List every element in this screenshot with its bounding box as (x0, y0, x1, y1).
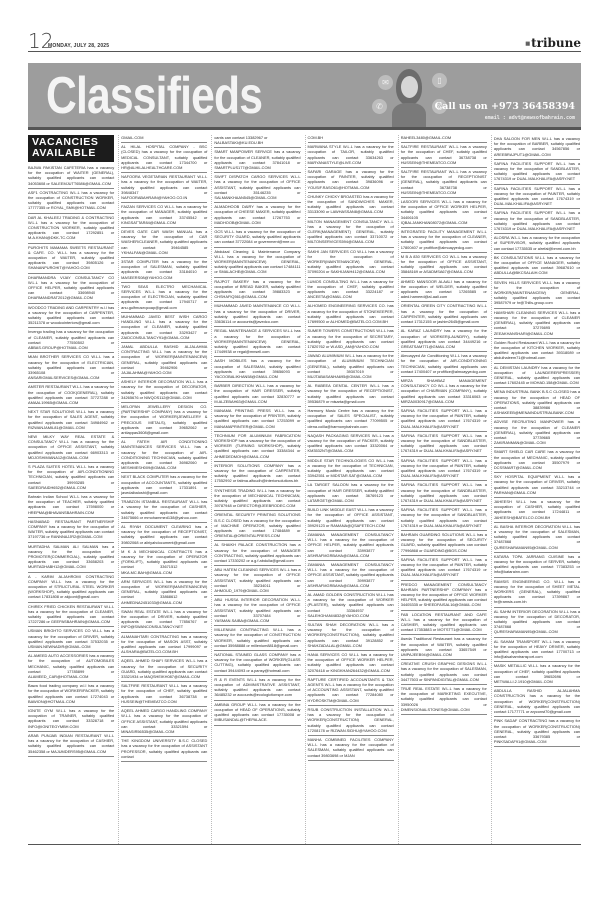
brand-name: tribune (531, 36, 581, 50)
ad-list: DHA SALOON FOR MEN W.L.L has a vacancy f… (494, 135, 580, 747)
classified-ad: SYNTHESIS TRADING W.L.L has a vacancy fo… (214, 487, 300, 512)
classified-ad: SKY HOSPITAL EQUIPMENT W.L.L has a vacan… (494, 473, 580, 498)
classified-ad: MILLENIUM CONTRACTING W.L.L has a vacanc… (214, 626, 300, 651)
ad-list: SALTFIRE RESTAURANT W.L.L has a vacancy … (401, 143, 487, 715)
classified-ad: AL SAHAM TRANSPORT W.L.L has a vacancy f… (494, 638, 580, 663)
classified-ad: NEXT STAR SOLUTIONS W.L.L has a vacancy … (28, 408, 114, 433)
classified-ad: AL HILAL HOSPITAL COMPANY - BSC (CLOSED)… (121, 143, 207, 173)
newspaper-logo: ▦tribune (525, 36, 581, 50)
classified-ad: Aseda Traditional Restaurant has a vacan… (401, 635, 487, 660)
classified-ad: AL RIYAH DOCUMENT CLEARING has a vacancy… (121, 523, 207, 548)
classified-ad: DHARMANDRA VIJAY CONSULTANCY CO W.L.L ha… (28, 274, 114, 304)
classified-ad: AL AMAD GOLDEN CONSTRUCTION W.L.L has a … (308, 591, 394, 621)
classified-ad: MARWANA STYLE W.L.L has a vacancy for th… (308, 143, 394, 168)
classified-ad: ASHELY INTERIOR DECORATION W.L.L has a v… (121, 378, 207, 403)
classified-ad: WOODCO TRADING AND CARPENTRY w.l.l has a… (28, 304, 114, 329)
classified-ad: ALMADHOOB DAIRY has a vacancy for the oc… (214, 203, 300, 228)
classified-ad: FAB LOCATION RESTAURANT AND CAFE W.L.L h… (401, 611, 487, 636)
woman-face (401, 76, 418, 98)
classified-ad: AL FATEH AIR CONDITIONING MAINTENANCES S… (121, 438, 207, 473)
continued-text: GMAIL.COM (121, 135, 207, 143)
classified-ad: DHA SALOON FOR MEN W.L.L has a vacancy f… (494, 135, 580, 160)
classified-ad: Harmony Music Centre has a vacancy for t… (308, 407, 394, 432)
classified-ad: INTEGRATED FACILITY MANAGEMENT W.L.L has… (401, 228, 487, 253)
classified-ad: Golden Ruchi Restaurant W.L.L has a vaca… (494, 339, 580, 364)
classified-ad: KATARA TOPA JARRANG CUISINE has a vacanc… (494, 553, 580, 578)
classified-ad: ZAMANIA MANAGEMENT CONSULTANCY W.L.L has… (308, 561, 394, 591)
classified-ad: GCS W.L.L has a vacancy for the occupati… (214, 228, 300, 248)
classified-ad: BK CONSULTATIONS W.L.L has a vacancy for… (494, 254, 580, 279)
classified-ad: AL RABEEA DENTAL CENTER W.L.L has a vaca… (308, 382, 394, 407)
classified-ad: SWIFT DISPATCH CARGO SERVICES W.L.L has … (214, 173, 300, 203)
classified-ad: HAMSHARI CLEANING SERVICES W.L.L has a v… (494, 309, 580, 339)
classified-ad: MENA INDUSTRIAL BANK B.S.C CLOSED has a … (494, 388, 580, 418)
classified-ad: ORIENTAL SECURITY PRINTING SOLUTIONS B.S… (214, 511, 300, 541)
ad-list: AL HILAL HOSPITAL COMPANY - BSC (CLOSED)… (121, 143, 207, 762)
classified-ad: HASNABAD RESTAURANT PARTNERSHIP COMPANY … (28, 518, 114, 543)
classified-ad: CHUNKY CHICKY BROASTED has a vacancy for… (308, 193, 394, 218)
publication-date: MONDAY, JULY 28, 2025 (48, 43, 109, 49)
classified-ad: MUHAMMAD JAVED MAINTENANCE CO W.L.L has … (214, 302, 300, 327)
classified-ad: NAFOORA VEGETARIAN RESTAURANT W.L.L has … (121, 173, 207, 203)
classified-ad: ORIENTAL GREEN CITY CONTRACTING W.L.L ha… (401, 302, 487, 327)
ad-list: MARWANA STYLE W.L.L has a vacancy for th… (308, 143, 394, 761)
classified-ad: ABU HATEM CLEANING SERVICES W.L.L has a … (214, 566, 300, 596)
classified-ad: S PLAZA SUITES HOTEL W.L.L has a vacancy… (28, 463, 114, 493)
classified-ad: SAKHI JAN SERVICES CO W.L.L has a vacanc… (308, 248, 394, 278)
classified-ad: USMAN BRIGHTO SERVICES CO W.L.L has a va… (28, 627, 114, 652)
classified-ad: PREDCO MANAGEMENT CONSULTANCY BAHRAIN PA… (401, 581, 487, 611)
classified-ad: Abdulaal Cleaning & Maintenance Company … (214, 248, 300, 278)
classified-ad: SAFINA FACILITIES SUPPORT W.L.L has a va… (401, 556, 487, 581)
classified-ad: 3STAR COMPUTER has a vacancy for the occ… (121, 258, 207, 283)
classified-ad: Invengo trading has a vacancy for the oc… (28, 328, 114, 353)
classified-ad: SMART MANPOWER SERVICE has a vacancy for… (214, 148, 300, 173)
classified-ad: RSUB CONSTRUCTION INSTALLATION W.L.L has… (308, 706, 394, 736)
classified-ad: CREATIVE CRUSH GRAPHIC DESIGNS W.L.L has… (401, 660, 487, 685)
envelope-icon: ✉ (378, 75, 393, 90)
classified-ad: ARM SERVICES W.L.L has a vacancy for the… (121, 578, 207, 608)
classified-ad: ALOSRA W.L.L has a vacancy for the occup… (494, 234, 580, 254)
classified-ad: DAR AL KHALEEJ TRADING & CONTRACTING W.L… (28, 214, 114, 244)
classified-ad: ADVISE RECRUITING MANPOWER has a vacancy… (494, 418, 580, 448)
classified-ad: RAPTURE CERTIFIED ACCOUNTANTS & TAX AGEN… (308, 676, 394, 706)
classified-ad: PUROHITS MAMAMA SWEETS RESTAURANT & CAFE… (28, 244, 114, 274)
classified-ad: JAHEESH W.L.L has a vacancy for the occu… (494, 498, 580, 523)
classified-ad: ASF1 CONTRACTING W.L.L has a vacancy for… (28, 189, 114, 214)
classifieds-columns: VACANCIES AVAILABLE BAJWA PAKISTAN CAFET… (28, 135, 581, 845)
classified-ad: INTERIOR SOLUTIONS COMPANY has a vacancy… (214, 462, 300, 487)
classified-ad: ABDULLA RASHID ALJALAHMA CONSTRUCTION ha… (494, 687, 580, 717)
column-1: VACANCIES AVAILABLE BAJWA PAKISTAN CAFET… (28, 135, 115, 844)
classified-ad: SAFINA FACILITIES SUPPORT W.L.L has a va… (494, 185, 580, 210)
classified-ad: MUHAMMAD JAVED BEST WISH CARGO HANDLING … (121, 313, 207, 343)
classified-ad: ALHOMED ENGINEERING SERVICES CO. has a v… (308, 302, 394, 327)
classified-ad: SAFINA FACILITIES SUPPORT W.L.L has a va… (401, 457, 487, 482)
banner-illustration: ✉ ✆ ▯ ◎ (368, 65, 458, 129)
classified-ad: AHMED MANSOOR ALAALI has a vacancy for t… (401, 278, 487, 303)
classified-ad: AL SHAIKH PALACE CONSTRUCTION has a vaca… (214, 541, 300, 566)
continued-text: COM.BH (308, 135, 394, 143)
classified-ad: SALTFIRE RESTAURANT W.L.L has a vacancy … (401, 143, 487, 168)
vacancies-heading: VACANCIES AVAILABLE (28, 135, 114, 162)
classified-ad: TWO SEAS ELECTRO MECHANICAL SERVICES W.L… (121, 283, 207, 313)
classified-ad: SALTFIRE RESTAURANT W.L.L has a vacancy … (401, 168, 487, 198)
classified-ad: SULTAN SHAH DECORATION W.L.L has a vacan… (308, 621, 394, 651)
classified-ad: BAHRAIN GUARDING SOLUTIONS W.L.L has a v… (401, 531, 487, 556)
classified-ad: RAMSIS ENGINEERING CO. W.L.L has a vacan… (494, 578, 580, 608)
classified-ad: AMBINA GROUP W.L.L has a vacancy for the… (214, 701, 300, 726)
column-3: cants can contact 13382967 or NALBASTAKI… (211, 135, 301, 844)
classified-ad: ALMANAHTARI CONTRACTING has a vacancy fo… (121, 633, 207, 658)
column-2: GMAIL.COM AL HILAL HOSPITAL COMPANY - BS… (118, 135, 208, 844)
classified-ad: PINK SADAF CONTRACTING has a vacancy for… (494, 717, 580, 747)
classified-ad: AL SAHM INTERIOR DECORATION W.L.L has a … (494, 608, 580, 638)
call-number: Call us on +973 36458394 (435, 101, 575, 112)
classified-ad: HANA SERVICES CO W.L.L has a vacancy for… (308, 651, 394, 676)
classified-ad: AL KARAZ LAUNDRY has a vacancy for the o… (401, 327, 487, 352)
classified-ad: MIRZA SHAHBAZ MANAGEMENT CONSULTANCY CO … (401, 377, 487, 407)
classified-ad: FAIZAN SERVICES CO W.L.L has a vacancy f… (121, 203, 207, 228)
logo-mark-icon: ▦ (525, 41, 530, 47)
classified-ad: AQEEL AHMED CARGO HANDLING COMPANY W.L.L… (121, 707, 207, 737)
classified-ad: MANAMA PRINTING PRESS W.L.L has a vacanc… (214, 407, 300, 432)
classified-ad: NEW MILKY WAY REAL ESTATE & CONSULTANCY … (28, 433, 114, 463)
classified-ad: REGAL MAINTENANCE & SERVICES W.L.L has a… (214, 327, 300, 357)
classified-ad: MIDDLE STAR TECHNOLOGIES CO W.L.L has a … (308, 457, 394, 482)
classified-ad: JAWAD ALUMINIUM W.L.L has a vacancy for … (308, 352, 394, 382)
classified-ad: ZAMANIA MANAGEMENT CONSULTANCY W.L.L has… (308, 531, 394, 561)
classified-ad: LASOORI SERVICES W.L.L has a vacancy for… (401, 198, 487, 228)
classified-ad: Bawa food trading company w.l.l has a va… (28, 682, 114, 707)
classified-ad: MIAN BROTHER SERVICES CO W.L.L has a vac… (28, 353, 114, 383)
classified-ad: LA TARGET SALOON has a vacancy for the o… (308, 481, 394, 506)
classified-ad: ABU HUSSA INTERIOR DECORATION W.L.L has … (214, 596, 300, 626)
classified-ad: Almoayyed Air Conditioning W.L.L has a v… (401, 352, 487, 377)
classified-ad: AQEEL AHMED SHAFI SERVICES W.L.L has a v… (121, 657, 207, 682)
section-title: Classifieds (46, 67, 262, 125)
classified-ad: RAJPOT BAKERY has a vacancy for the occu… (214, 278, 300, 303)
masthead: 12 MONDAY, JULY 28, 2025 ▦tribune (28, 34, 581, 52)
classified-ad: AL DEMISTAN LAUNDRY has a vacancy for th… (494, 364, 580, 389)
classified-ad: A - KARIM ALJAHROMI CONTRACTING COMPANY … (28, 573, 114, 603)
classified-ad: TRABZON ISTANBUL RESTAURANT W.L.L has a … (121, 498, 207, 523)
column-4: COM.BH MARWANA STYLE W.L.L has a vacancy… (305, 135, 395, 844)
classified-ad: Bahrain Indian School W.L.L has a vacanc… (28, 493, 114, 518)
classified-ad: NATIONAL STAINED GLASS COMPANY has a vac… (214, 651, 300, 676)
classified-ad: ARAB PUNJAB INDIAN RESTAURANT W.L.L has … (28, 732, 114, 757)
classified-ad: NEXT BLACK COMPUTER has a vacancy for th… (121, 473, 207, 498)
classified-ad: AL AMEED AUTO ACCESSORIES has a vacancy … (28, 652, 114, 682)
continued-text: RAHEEL3480@GMAIL.COM (401, 135, 487, 143)
classified-ad: SUMER TOWERS CONSTRUCTIONS W.L.L has a v… (308, 327, 394, 352)
classified-ad: MILTON MANAGEMENT CONSULTANCY W.L.L has … (308, 218, 394, 248)
classified-ad: SWAN REAL ESTATE W.L.L has a vacancy for… (121, 608, 207, 633)
classified-ad: SALTFIRE RESTAURANT W.L.L has a vacancy … (121, 682, 207, 707)
classified-ad: SAFARI GARAGE has a vacancy for the occu… (308, 168, 394, 193)
classified-ad: MURTADHA SALMAN ALI SALMAN has a vacancy… (28, 543, 114, 573)
classified-ad: JAMAL ABDULLA RASHID ALJALAHMA CONTRACTI… (121, 343, 207, 378)
classified-ad: LUMOS CONSULTING W.L.L has a vacancy for… (308, 278, 394, 303)
classified-ad: SAFINA FACILITIES SUPPORT W.L.L has a va… (401, 432, 487, 457)
classified-ad: AMSTER RESTAURANT W.L.L has a vacancy fo… (28, 383, 114, 408)
classified-ad: BARBER DIRECTION W.L.L has a vacancy for… (214, 382, 300, 407)
classified-ad: CHIREX FRIED CHICKEN RESTAURANT W.L.L ha… (28, 603, 114, 628)
classified-ad: SMART SHIELD CAR CARE has a vacancy for … (494, 448, 580, 473)
classified-ad: SAFINA FACILITIES SUPPORT W.L.L has a va… (401, 407, 487, 432)
classified-ad: BAJWA PAKISTAN CAFETERIA has a vacancy f… (28, 164, 114, 189)
classified-ad: SAFINA FACILITIES SUPPORT W.L.L has a va… (401, 481, 487, 506)
classified-ad: NAQASH PACKAGING SERVICES W.L.L has a va… (308, 432, 394, 457)
column-6: DHA SALOON FOR MEN W.L.L has a vacancy f… (491, 135, 581, 844)
classified-ad: AL BASHA INTERIOR DECORATION W.L.L has a… (494, 523, 580, 553)
classified-ad: SEVEN HILLS SERVICES W.L.L has a vacancy… (494, 279, 580, 309)
classified-ad: R & R EVENTS W.L.L has a vacancy for the… (214, 676, 300, 701)
advert-email: email : advt@newsofbahrain.com (485, 115, 575, 121)
classifieds-banner: Classifieds ✉ ✆ ▯ ◎ Call us on +973 3645… (28, 63, 581, 130)
classified-ad: DEVES GATE CAR WASH MANUAL has a vacancy… (121, 228, 207, 258)
classified-ad: AASH MOBILES has a vacancy for the occup… (214, 357, 300, 382)
continued-text: cants can contact 13382967 or NALBASTAKI… (214, 135, 300, 148)
classified-ad: TRUE REAL ESTATE W.L.L has a vacancy for… (401, 685, 487, 715)
ad-list: SMART MANPOWER SERVICE has a vacancy for… (214, 148, 300, 725)
mobile-icon: ▯ (432, 73, 447, 88)
woman-body (392, 103, 426, 130)
classified-ad: IGNITE GYM W.L.L has a vacancy for the o… (28, 707, 114, 732)
classified-ad: BUILD LINK MIDDLE EAST W.L.L has a vacan… (308, 506, 394, 531)
phone-icon: ✆ (372, 99, 387, 114)
classified-ad: SAFINA FACILITIES SUPPORT W.L.L has a va… (494, 209, 580, 234)
ad-list: BAJWA PAKISTAN CAFETERIA has a vacancy f… (28, 164, 114, 757)
classified-ad: M B A 830 SERVICES CO W.L.L has a vacanc… (401, 253, 487, 278)
classified-ad: M K A MECHANICAL CONTRACTS has a vacancy… (121, 548, 207, 578)
classified-ad: SAFINA FACILITIES SUPPORT W.L.L has a va… (494, 160, 580, 185)
classified-ad: TECHNIUM FOR ALUMINIUM FABRICATION WORKS… (214, 432, 300, 462)
column-5: RAHEEL3480@GMAIL.COM SALTFIRE RESTAURANT… (398, 135, 488, 844)
classified-ad: SAFINA FACILITIES SUPPORT W.L.L has a va… (401, 506, 487, 531)
classified-ad: MELOPAN JEWELLERY DESIGN CO. (PARTNERSHI… (121, 403, 207, 438)
classified-ad: THE KINGDOM UNIVERSITY B.S.C CLOSED has … (121, 737, 207, 762)
classified-ad: MANHA COMBINED FACILITIES COMPANY W.L.L … (308, 736, 394, 761)
classified-ad: MASIK METALLIC W.L.L has a vacancy for t… (494, 662, 580, 687)
